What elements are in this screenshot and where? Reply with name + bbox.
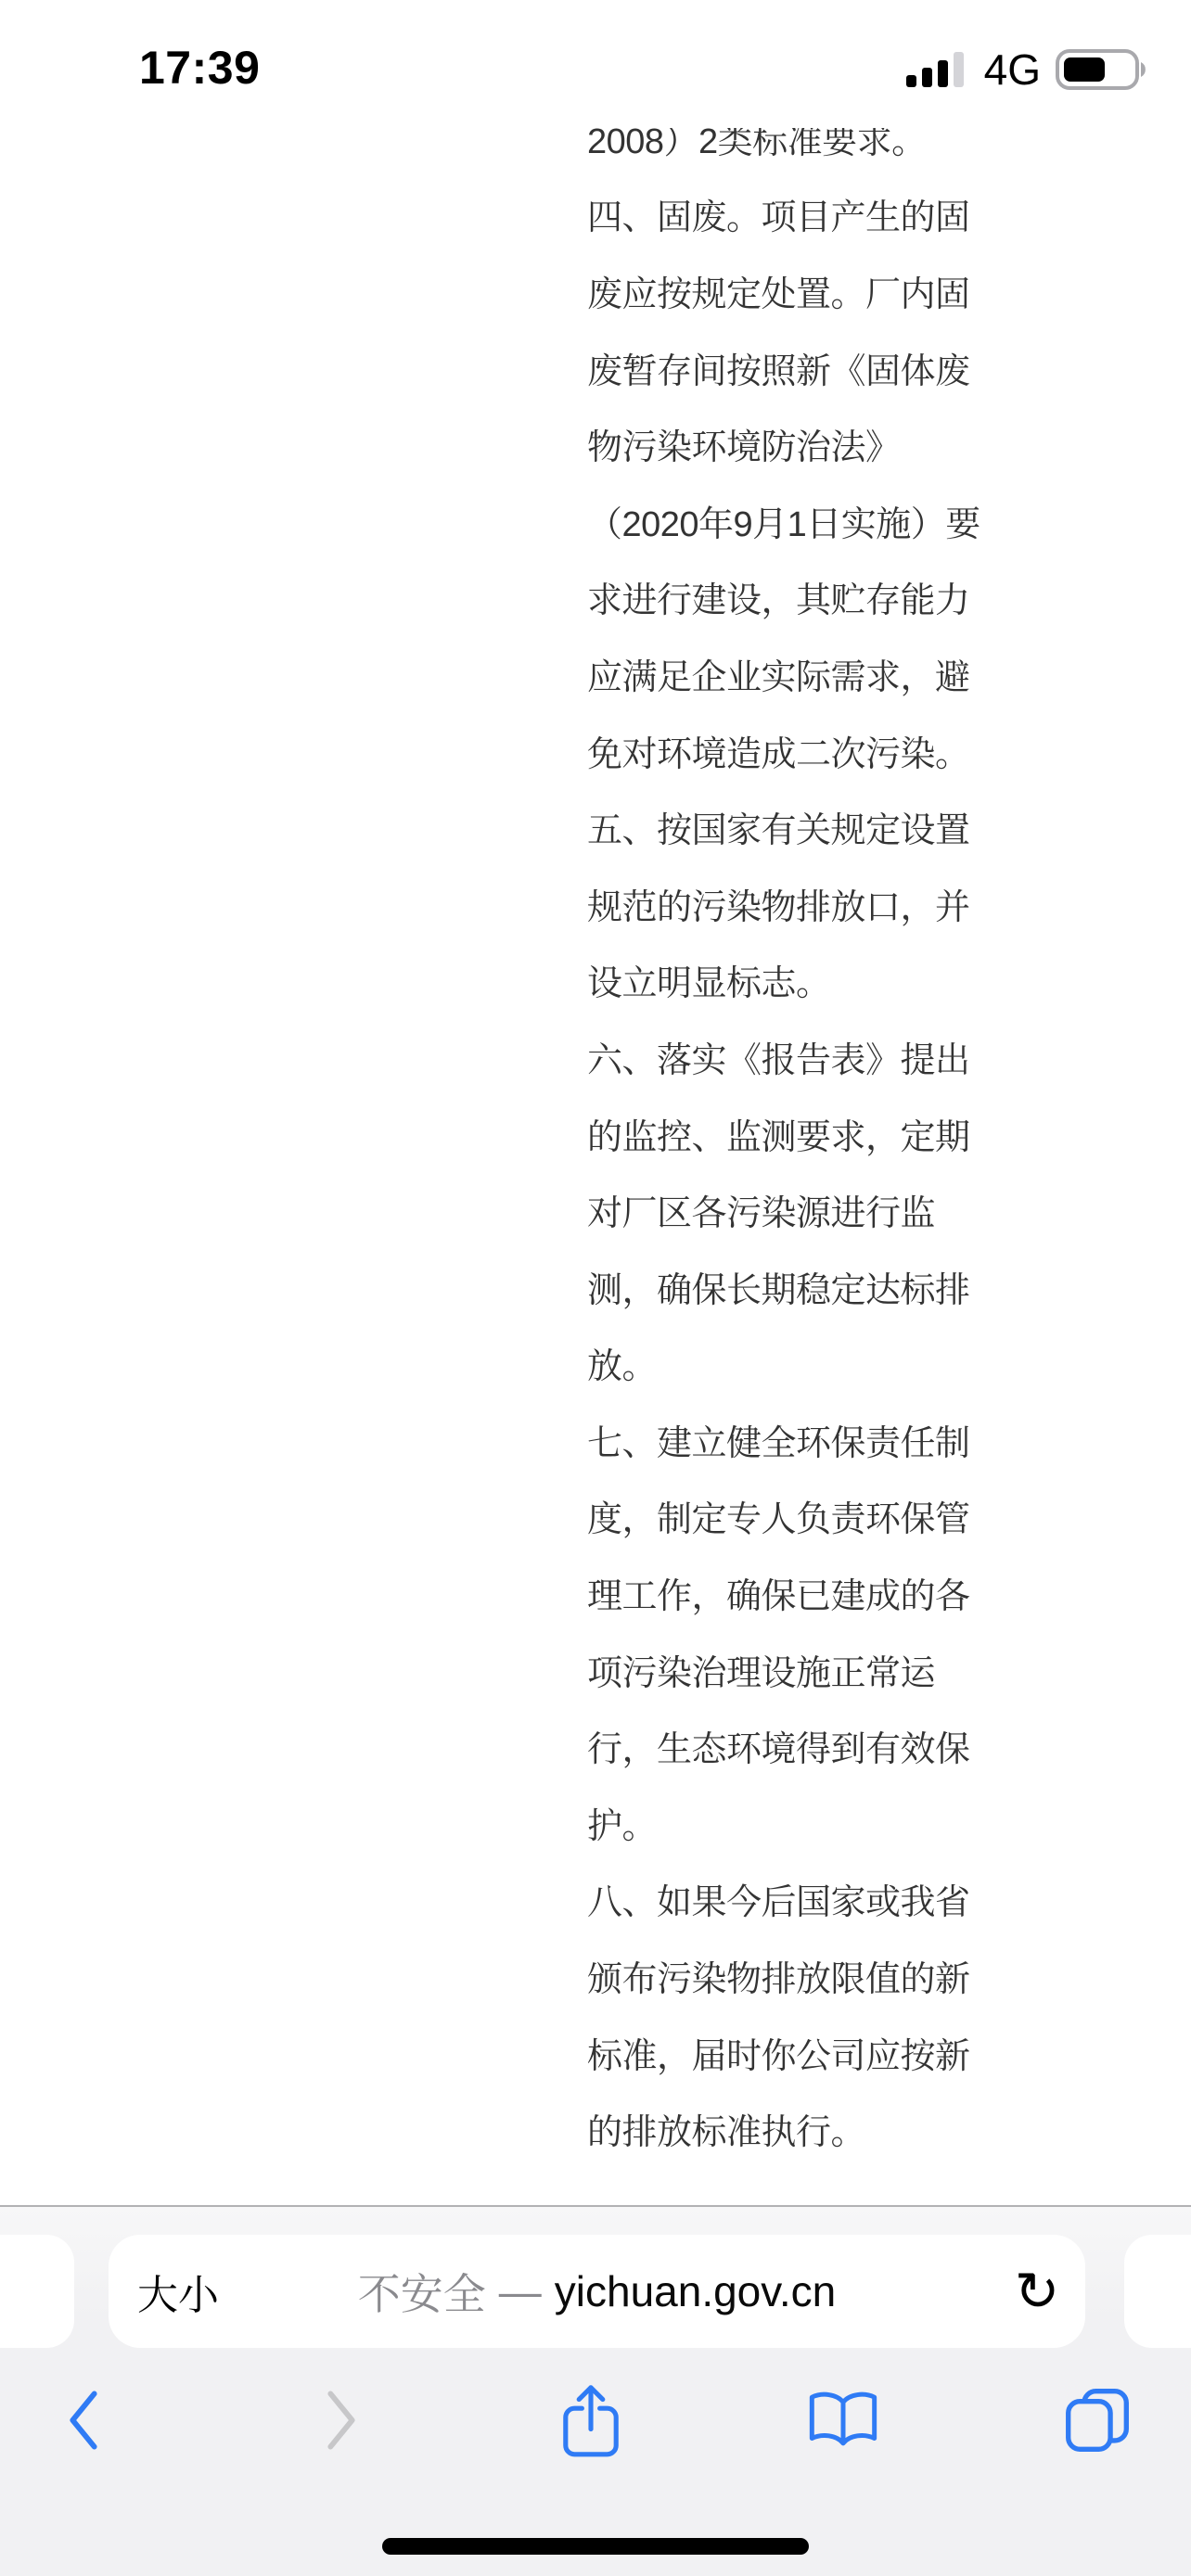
bookmarks-book-icon <box>807 2391 879 2450</box>
document-text-line: 理工作，确保已建成的各 <box>587 1554 995 1631</box>
forward-button[interactable] <box>286 2388 397 2453</box>
signal-strength-icon <box>906 50 969 89</box>
previous-tab-preview[interactable] <box>0 2235 74 2348</box>
tabs-button[interactable] <box>1042 2388 1153 2453</box>
status-bar-right: 4G <box>906 45 1150 95</box>
document-text-line: 应满足企业实际需求，避 <box>587 635 995 712</box>
status-bar: 17:39 4G <box>0 0 1191 128</box>
back-chevron-icon <box>67 2390 100 2451</box>
document-text-line: 护。 <box>587 1784 995 1861</box>
document-text-line: 六、落实《报告表》提出 <box>587 1018 995 1095</box>
document-text-line: 物污染环境防治法》 <box>587 405 995 482</box>
bookmarks-button[interactable] <box>788 2388 899 2453</box>
next-tab-preview[interactable] <box>1124 2235 1191 2348</box>
address-bar[interactable]: 大小 不安全 — yichuan.gov.cn ↻ <box>109 2235 1085 2348</box>
domain-label: yichuan.gov.cn <box>555 2266 836 2316</box>
document-text-line: 废暂存间按照新《固体废 <box>587 329 995 406</box>
document-text-line: 对厂区各污染源进行监 <box>587 1171 995 1248</box>
document-text-line: 五、按国家有关规定设置 <box>587 788 995 865</box>
security-warning-label: 不安全 <box>358 2261 486 2322</box>
document-text-line: 的排放标准执行。 <box>587 2090 995 2167</box>
document-text-line: 标准，届时你公司应按新 <box>587 2014 995 2091</box>
forward-chevron-icon <box>325 2390 358 2451</box>
clock-label: 17:39 <box>139 41 260 95</box>
url-separator: — <box>499 2266 542 2316</box>
iphone-screen: 17:39 4G 2008）2类标准要求。四、固废。项目产生的固废应按规定处置。… <box>0 0 1191 2576</box>
document-text-line: 四、固废。项目产生的固 <box>587 176 995 253</box>
battery-icon <box>1056 49 1150 90</box>
document-text-line: 七、建立健全环保责任制 <box>587 1401 995 1478</box>
back-button[interactable] <box>28 2388 139 2453</box>
reload-button[interactable]: ↻ <box>1005 2235 1069 2348</box>
url-display: 不安全 — yichuan.gov.cn <box>109 2235 1085 2348</box>
share-icon <box>560 2383 621 2457</box>
document-text-line: 八、如果今后国家或我省 <box>587 1861 995 1938</box>
document-text-line: （2020年9月1日实施）要 <box>587 482 995 559</box>
document-text-line: 求进行建设，其贮存能力 <box>587 559 995 636</box>
document-text-line: 的监控、监测要求，定期 <box>587 1095 995 1172</box>
document-text-line: 测，确保长期稳定达标排 <box>587 1248 995 1325</box>
webpage-document-text: 2008）2类标准要求。四、固废。项目产生的固废应按规定处置。厂内固废暂存间按照… <box>587 99 995 2167</box>
document-text-line: 度，制定专人负责环保管 <box>587 1478 995 1555</box>
reload-icon: ↻ <box>1015 2260 1060 2323</box>
document-text-line: 废应按规定处置。厂内固 <box>587 252 995 329</box>
home-indicator[interactable] <box>382 2538 809 2555</box>
document-text-line: 放。 <box>587 1325 995 1402</box>
document-text-line: 设立明显标志。 <box>587 942 995 1019</box>
network-type-label: 4G <box>984 45 1041 95</box>
document-text-line: 颁布污染物排放限值的新 <box>587 1937 995 2014</box>
tabs-overlapping-squares-icon <box>1064 2387 1131 2454</box>
document-text-line: 项污染治理设施正常运 <box>587 1631 995 1708</box>
document-text-line: 行，生态环境得到有效保 <box>587 1707 995 1784</box>
document-text-line: 免对环境造成二次污染。 <box>587 712 995 789</box>
share-button[interactable] <box>535 2388 647 2453</box>
document-text-line: 规范的污染物排放口，并 <box>587 865 995 942</box>
